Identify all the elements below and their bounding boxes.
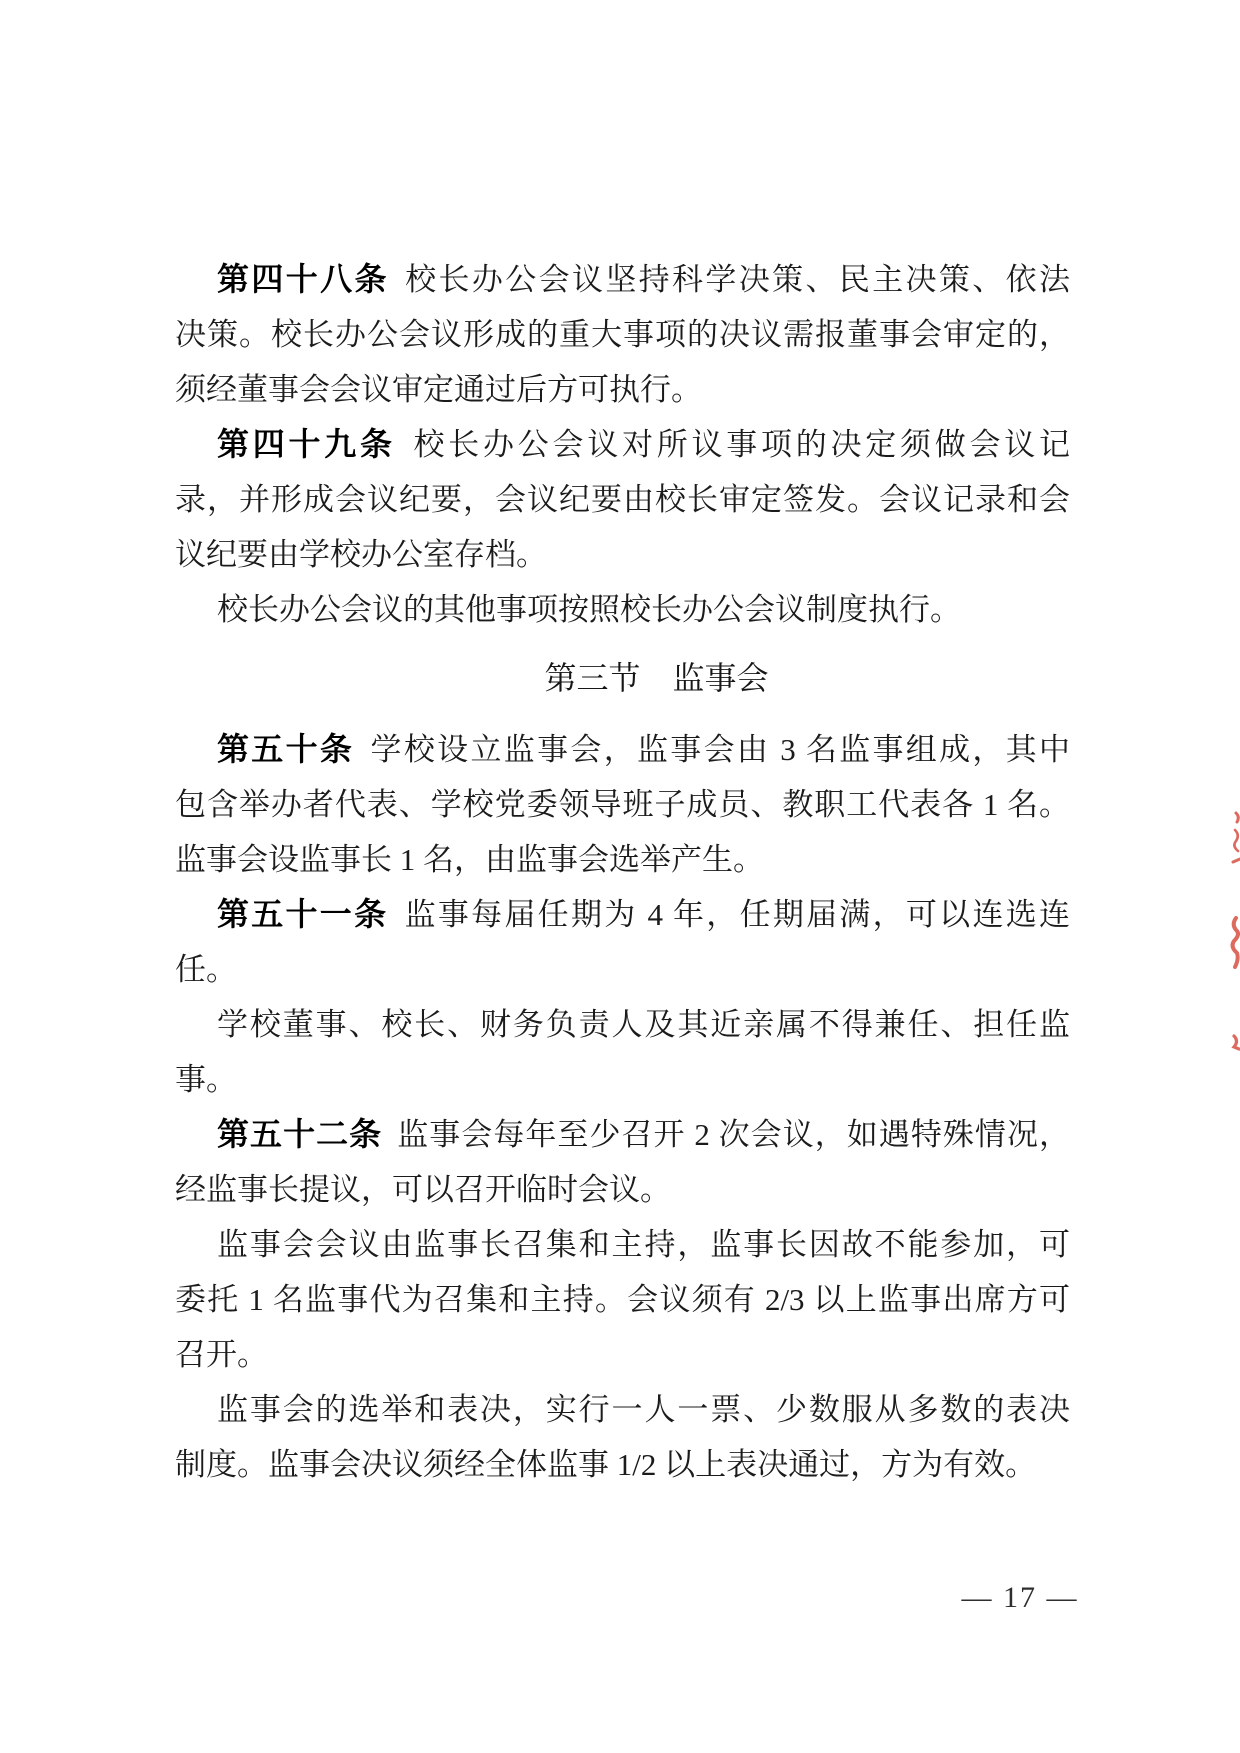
- text-line: 决策。校长办公会议形成的重大事项的决议需报董事会审定的，: [175, 307, 1070, 362]
- red-seal-fragment-middle: [1226, 916, 1240, 970]
- article-number: 第四十九条: [217, 426, 396, 462]
- text-line: 第四十八条校长办公会议坚持科学决策、民主决策、依法: [175, 252, 1070, 307]
- text-line: 第四十九条校长办公会议对所议事项的决定须做会议记: [175, 417, 1070, 472]
- text-line: 第五十条学校设立监事会，监事会由 3 名监事组成，其中: [175, 722, 1070, 777]
- text-line: 校长办公会议的其他事项按照校长办公会议制度执行。: [175, 582, 1070, 637]
- text-line: 学校董事、校长、财务负责人及其近亲属不得兼任、担任监: [175, 997, 1070, 1052]
- text-line: 须经董事会会议审定通过后方可执行。: [175, 362, 1070, 417]
- text-line: 第五十二条监事会每年至少召开 2 次会议，如遇特殊情况，: [175, 1107, 1070, 1162]
- text-line: 制度。监事会决议须经全体监事 1/2 以上表决通过，方为有效。: [175, 1437, 1070, 1492]
- text-line: 监事会会议由监事长召集和主持，监事长因故不能参加，可: [175, 1217, 1070, 1272]
- text-line: 任。: [175, 942, 1070, 997]
- text-line: 委托 1 名监事代为召集和主持。会议须有 2/3 以上监事出席方可: [175, 1272, 1070, 1327]
- article-number: 第四十八条: [217, 261, 389, 297]
- text-line: 事。: [175, 1052, 1070, 1107]
- text-line: 议纪要由学校办公室存档。: [175, 527, 1070, 582]
- text-line: 监事会的选举和表决，实行一人一票、少数服从多数的表决: [175, 1382, 1070, 1437]
- text-line: 经监事长提议，可以召开临时会议。: [175, 1162, 1070, 1217]
- article-number: 第五十一条: [217, 896, 388, 932]
- text-line: 包含举办者代表、学校党委领导班子成员、教职工代表各 1 名。: [175, 777, 1070, 832]
- section-heading: 第三节 监事会: [209, 651, 1104, 706]
- text-line: 录，并形成会议纪要，会议纪要由校长审定签发。会议记录和会: [175, 472, 1070, 527]
- text-block: 第四十八条校长办公会议坚持科学决策、民主决策、依法决策。校长办公会议形成的重大事…: [175, 252, 1070, 1492]
- article-number: 第五十条: [217, 731, 354, 767]
- document-page: 第四十八条校长办公会议坚持科学决策、民主决策、依法决策。校长办公会议形成的重大事…: [0, 0, 1240, 1753]
- page-number: — 17 —: [955, 1578, 1085, 1618]
- text-line: 监事会设监事长 1 名，由监事会选举产生。: [175, 832, 1070, 887]
- article-number: 第五十二条: [217, 1116, 382, 1152]
- text-line: 召开。: [175, 1327, 1070, 1382]
- red-seal-fragment-top: [1226, 810, 1240, 872]
- red-seal-fragment-bottom: [1226, 1034, 1240, 1052]
- text-line: 第五十一条监事每届任期为 4 年，任期届满，可以连选连: [175, 887, 1070, 942]
